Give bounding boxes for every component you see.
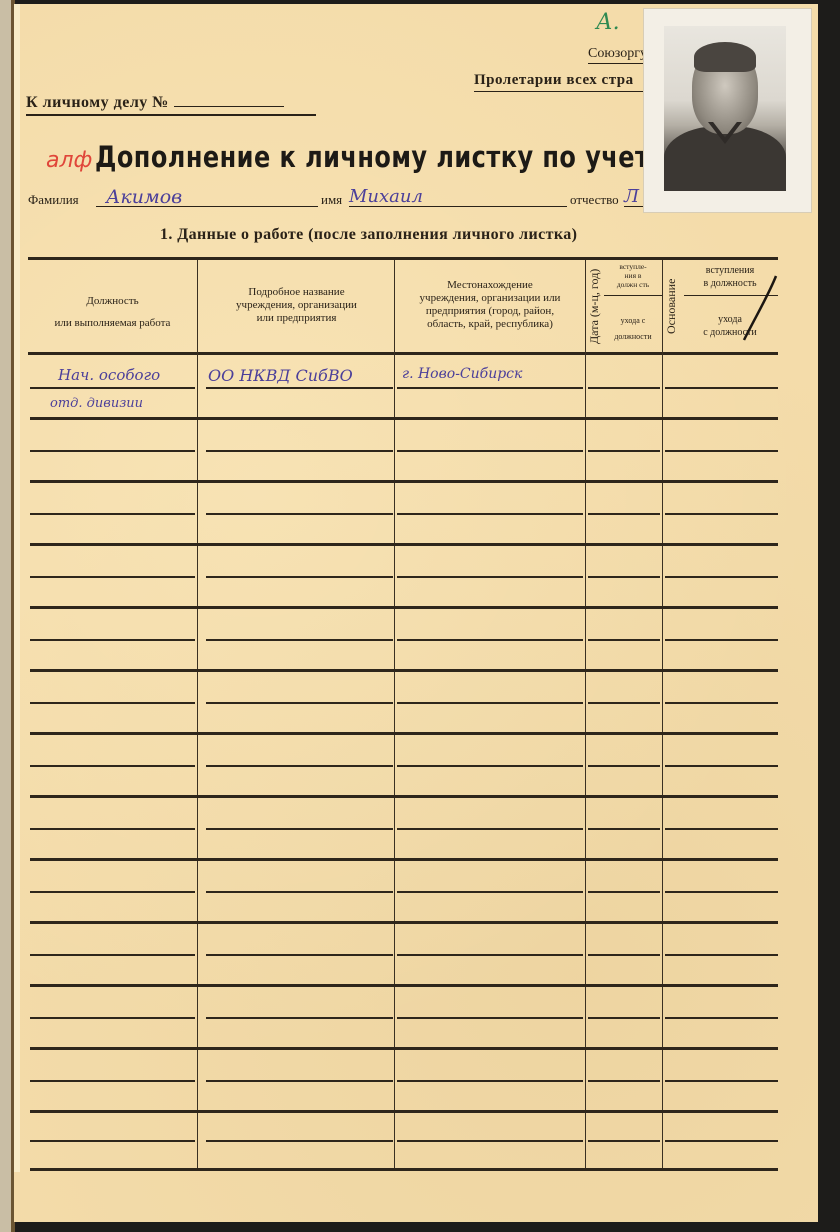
row-subline	[588, 1017, 660, 1019]
column-divider	[394, 260, 395, 1170]
row-separator	[30, 1047, 778, 1050]
row-subline	[397, 1017, 583, 1019]
row-subline	[30, 513, 195, 515]
row-subline	[206, 387, 393, 389]
row-separator	[30, 1110, 778, 1113]
slogan: Пролетарии всех стра	[474, 72, 649, 92]
column-divider	[662, 260, 663, 1170]
row-subline	[665, 576, 778, 578]
header-date-leave-line2: должности	[603, 329, 663, 345]
page-edge	[14, 4, 20, 1172]
header-date-entry-line2: ния в	[603, 271, 663, 280]
table-top-border	[28, 257, 778, 260]
header-date-leave: ухода с должности	[603, 313, 663, 345]
row-subline	[397, 702, 583, 704]
row-subline	[588, 891, 660, 893]
row-subline	[206, 1017, 393, 1019]
row-subline	[30, 1140, 195, 1142]
row-subline	[30, 891, 195, 893]
row-subline	[588, 513, 660, 515]
row-subline	[665, 387, 778, 389]
row-subline	[588, 1080, 660, 1082]
row-subline	[397, 1080, 583, 1082]
row1-position-line1: Нач. особого	[58, 366, 160, 384]
row-separator	[30, 417, 778, 420]
header-location-line3: предприятия (город, район,	[395, 305, 585, 318]
row-subline	[397, 891, 583, 893]
row-subline	[397, 828, 583, 830]
row-subline	[206, 513, 393, 515]
row-subline	[206, 1080, 393, 1082]
row-subline	[30, 387, 195, 389]
row-separator	[30, 480, 778, 483]
row-subline	[206, 702, 393, 704]
row-subline	[206, 576, 393, 578]
row-subline	[665, 513, 778, 515]
row-subline	[30, 765, 195, 767]
row-subline	[206, 891, 393, 893]
surname-label: Фамилия	[28, 192, 79, 208]
row-subline	[206, 954, 393, 956]
personal-file-label: К личному делу №	[26, 94, 169, 111]
header-position-line2: или выполняемая работа	[30, 312, 195, 334]
row-subline	[665, 702, 778, 704]
row-subline	[30, 576, 195, 578]
row-subline	[588, 639, 660, 641]
row-subline	[30, 450, 195, 452]
org-label: Союзоргу	[588, 46, 647, 64]
row-subline	[30, 954, 195, 956]
row-separator	[30, 606, 778, 609]
row-subline	[397, 639, 583, 641]
row-subline	[30, 639, 195, 641]
name-value: Михаил	[349, 186, 423, 207]
row-subline	[665, 450, 778, 452]
header-organization-line2: учреждения, организации	[200, 299, 393, 312]
row-separator	[30, 795, 778, 798]
row-separator	[30, 732, 778, 735]
row-separator	[30, 1168, 778, 1171]
header-basis-vertical: Основание	[664, 262, 679, 350]
header-location-line2: учреждения, организации или	[395, 292, 585, 305]
column-divider	[585, 260, 586, 1170]
patronymic-label: отчество	[570, 192, 619, 208]
surname-field[interactable]: Акимов	[96, 186, 318, 207]
row-subline	[588, 702, 660, 704]
row-subline	[30, 1017, 195, 1019]
row-separator	[30, 984, 778, 987]
name-field[interactable]: Михаил	[349, 186, 567, 207]
row-subline	[206, 828, 393, 830]
row-subline	[665, 1017, 778, 1019]
row1-location: г. Ново-Сибирск	[402, 366, 522, 382]
row-subline	[397, 576, 583, 578]
row-subline	[206, 639, 393, 641]
header-date-vertical: Дата (м-ц, год)	[587, 262, 602, 350]
row-subline	[588, 765, 660, 767]
row-separator	[30, 921, 778, 924]
row-subline	[588, 1140, 660, 1142]
pen-stroke-mark	[738, 272, 782, 344]
name-label: имя	[321, 192, 342, 208]
header-date-entry: вступле- ния в должн сть	[603, 262, 663, 289]
row-subline	[397, 765, 583, 767]
header-position-line1: Должность	[30, 290, 195, 312]
row-subline	[588, 450, 660, 452]
red-handwritten-mark: алф	[46, 148, 92, 173]
row-subline	[30, 702, 195, 704]
header-location-line1: Местонахождение	[395, 279, 585, 292]
row-subline	[30, 1080, 195, 1082]
row-subline	[665, 1080, 778, 1082]
row-separator	[30, 858, 778, 861]
header-organization: Подробное название учреждения, организац…	[200, 286, 393, 325]
row-subline	[665, 639, 778, 641]
row-subline	[206, 765, 393, 767]
form-title: Дополнение к личному листку по учету кад	[95, 140, 728, 174]
header-organization-line1: Подробное название	[200, 286, 393, 299]
row-subline	[30, 828, 195, 830]
row-subline	[588, 828, 660, 830]
column-divider	[197, 260, 198, 1170]
row-subline	[588, 954, 660, 956]
row-subline	[665, 1140, 778, 1142]
header-date-entry-line1: вступле-	[603, 262, 663, 271]
row-subline	[206, 450, 393, 452]
header-location: Местонахождение учреждения, организации …	[395, 279, 585, 331]
row-subline	[588, 387, 660, 389]
header-date-entry-line3: должн сть	[603, 280, 663, 289]
portrait-photo	[664, 26, 786, 191]
row-subline	[665, 828, 778, 830]
personal-file-number-field[interactable]	[174, 106, 284, 107]
personal-file-line: К личному делу №	[26, 92, 316, 116]
surname-value: Акимов	[106, 186, 182, 208]
header-organization-line3: или предприятия	[200, 312, 393, 325]
green-handwritten-mark: А.	[596, 10, 620, 35]
row-subline	[588, 576, 660, 578]
section-title: 1. Данные о работе (после заполнения лич…	[160, 226, 577, 244]
row1-organization: ОО НКВД СибВО	[208, 366, 353, 385]
header-position: Должность или выполняемая работа	[30, 290, 195, 334]
header-location-line4: область, край, республика)	[395, 318, 585, 331]
row-subline	[397, 450, 583, 452]
patronymic-value: Л	[624, 186, 639, 207]
row-subline	[397, 387, 583, 389]
row-subline	[206, 1140, 393, 1142]
row1-position-line2: отд. дивизии	[50, 396, 143, 411]
row-separator	[30, 543, 778, 546]
row-subline	[397, 513, 583, 515]
row-subline	[665, 891, 778, 893]
header-date-leave-line1: ухода с	[603, 313, 663, 329]
row-subline	[665, 954, 778, 956]
row-subline	[397, 1140, 583, 1142]
row-subline	[397, 954, 583, 956]
date-subheader-line	[604, 295, 662, 296]
row-separator	[30, 669, 778, 672]
header-bottom-border	[28, 352, 778, 355]
row-subline	[665, 765, 778, 767]
